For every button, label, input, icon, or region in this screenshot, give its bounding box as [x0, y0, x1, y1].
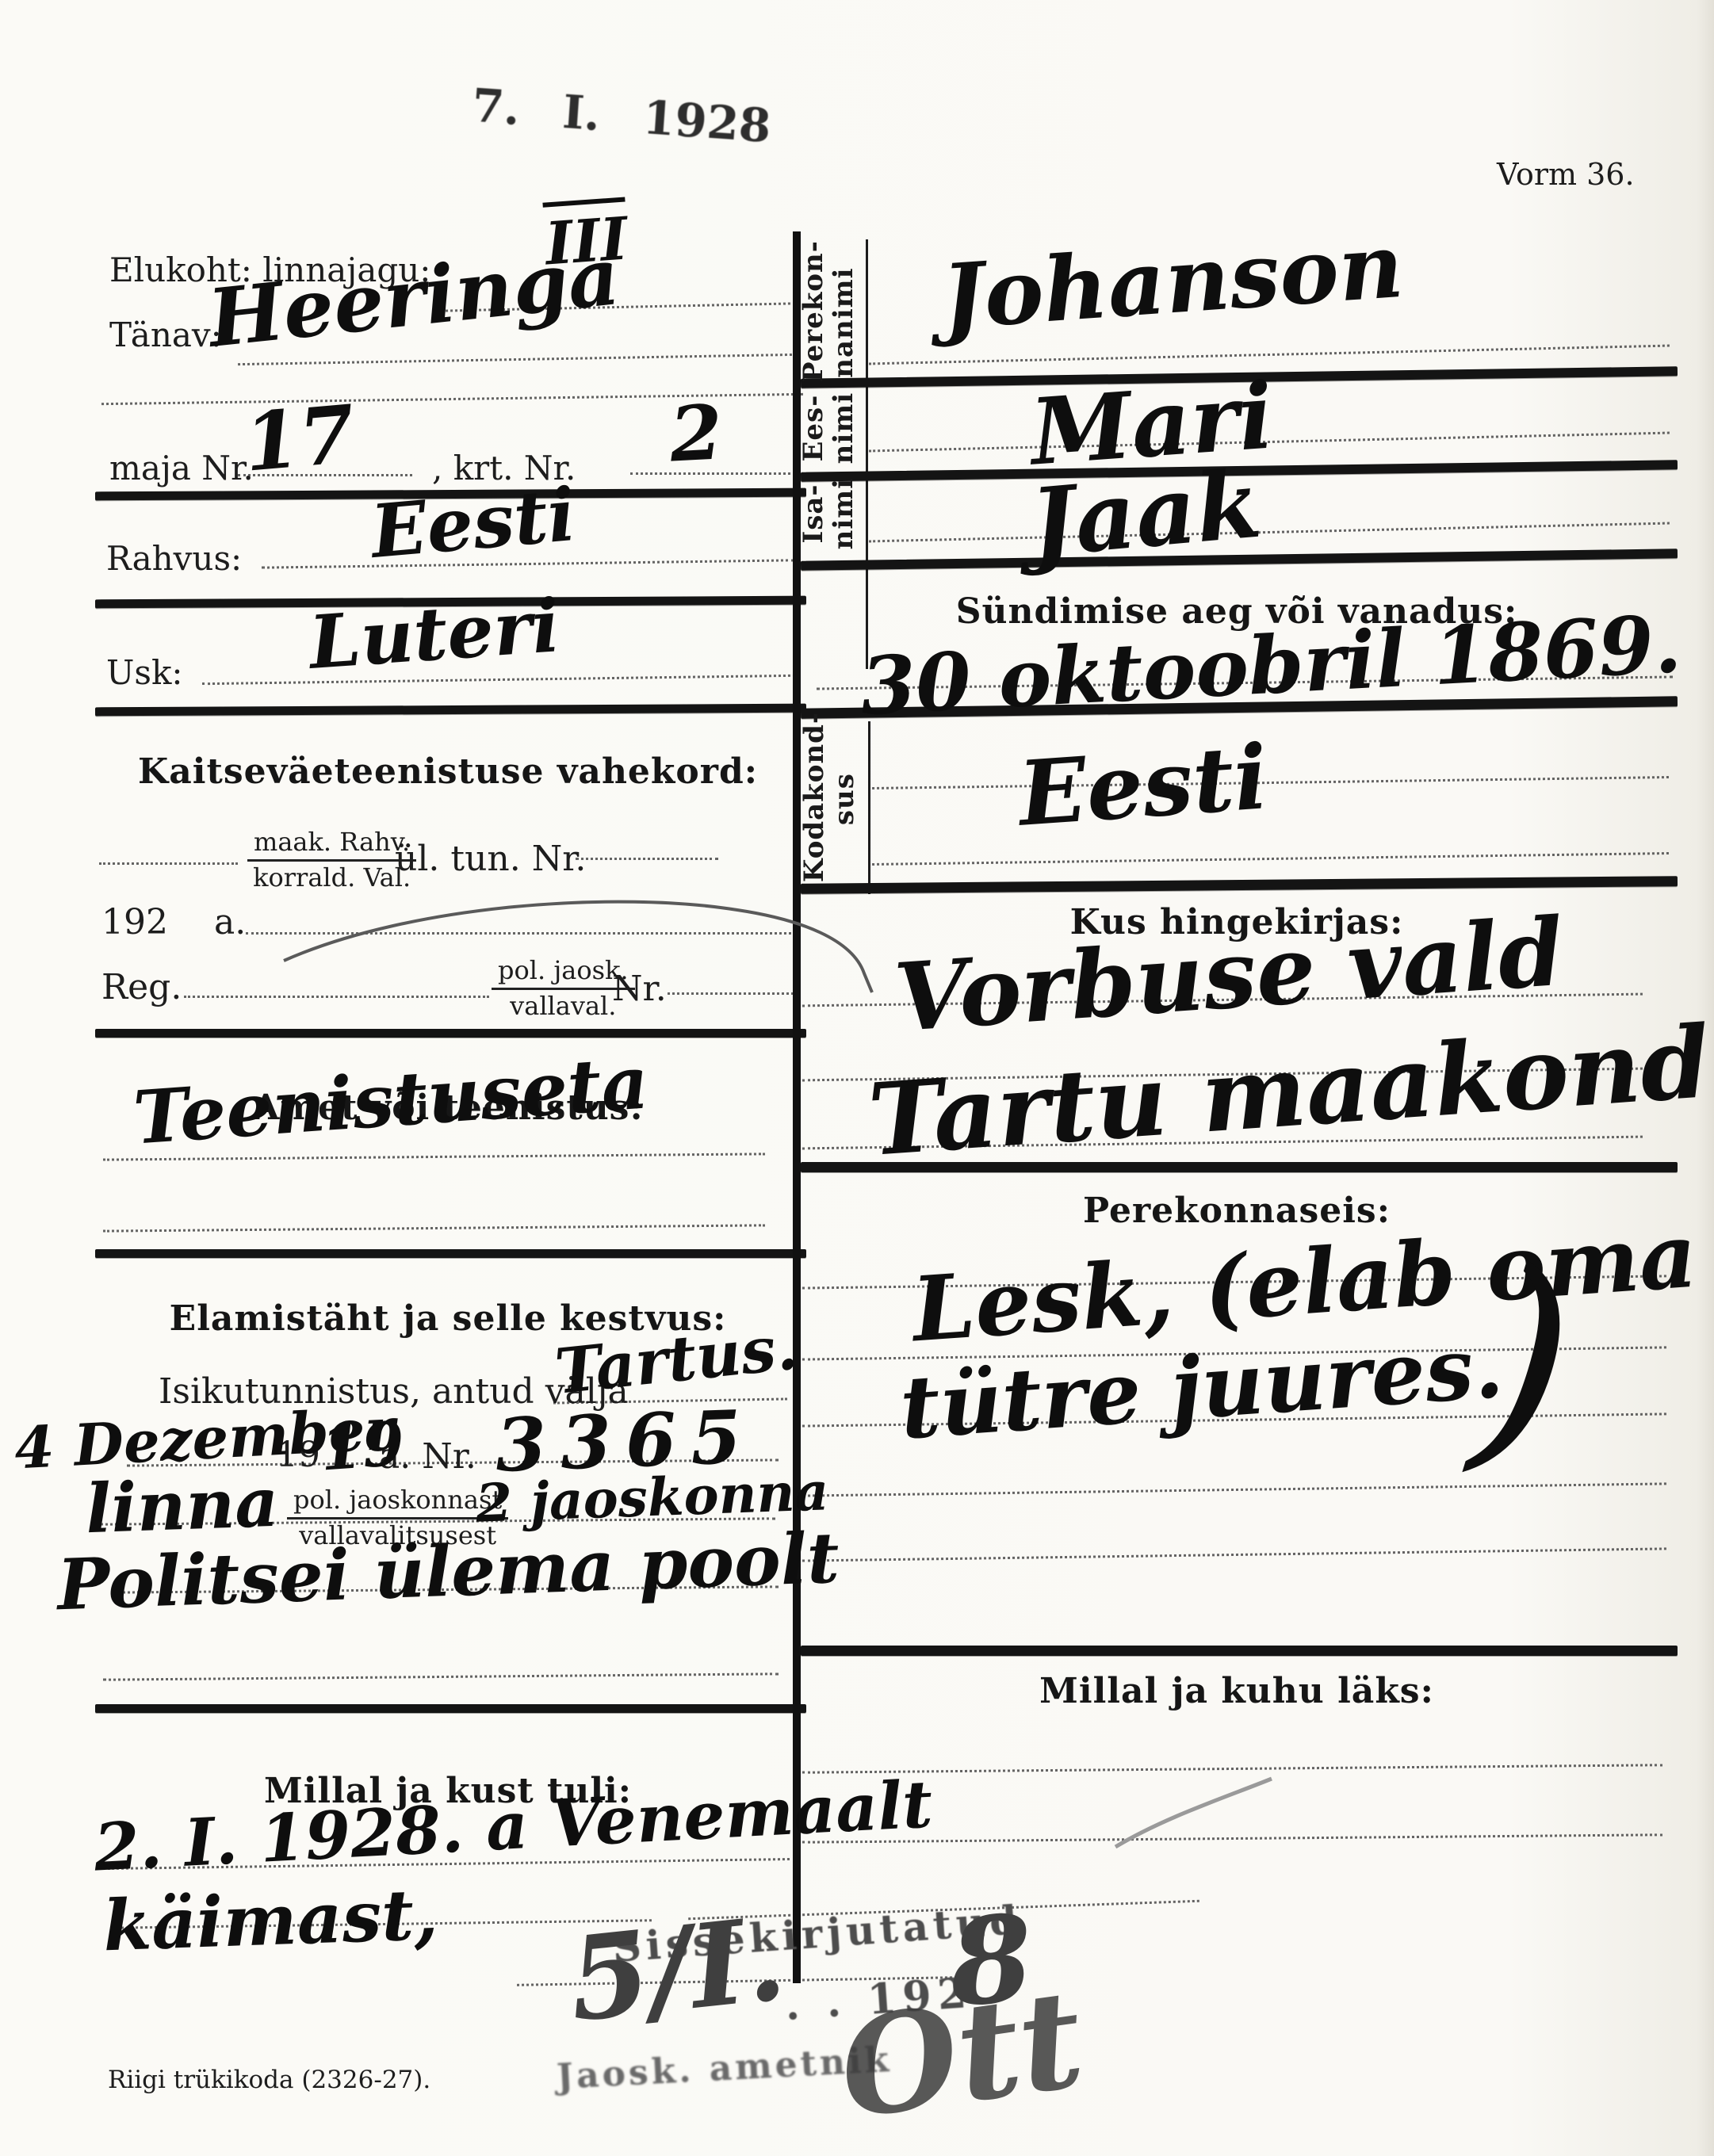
dotted-rule [202, 675, 795, 685]
dotted-rule [103, 1224, 765, 1232]
street-label: Tänav: [109, 315, 222, 354]
dotted-rule [668, 992, 798, 995]
departure-header: Millal ja kuhu läks: [801, 1671, 1673, 1711]
nationality-label: Rahvus: [106, 539, 242, 578]
apartment-value: 2 [668, 388, 725, 479]
dotted-rule [99, 862, 238, 865]
military-year-row: 192a. [101, 902, 246, 942]
rule-bar [801, 876, 1678, 894]
surname-label: Perekon-nanimi [798, 263, 859, 382]
arrival-line2: käimast, [101, 1873, 439, 1967]
nationality-value: Eesti [368, 472, 579, 575]
reg-nr-label: Nr. [612, 969, 667, 1009]
label-separator-line [868, 721, 870, 894]
dotted-rule [872, 776, 1669, 789]
fraction-bottom: korrald. Val. [247, 862, 416, 893]
year-suffix: a. [214, 902, 246, 942]
dotted-rule [802, 1764, 1662, 1773]
fraction-top: maak. Rahv. [247, 828, 416, 862]
dotted-rule [802, 1547, 1666, 1562]
printer-note: Riigi trükikoda (2326-27). [108, 2066, 430, 2094]
house-label: maja Nr. [109, 449, 254, 487]
dotted-rule [103, 1672, 779, 1680]
year-prefix: 192 [101, 902, 168, 942]
religion-value: Luteri [307, 583, 563, 686]
dotted-rule [576, 858, 718, 860]
occupation-value: Teenistuseta [131, 1039, 651, 1160]
date-stamp: 7. I. 1928 [470, 78, 773, 153]
father-name-label: Isa-nimi [798, 474, 859, 553]
registration-card: 7. I. 1928 Vorm 36. Elukoht: linnajagu: … [0, 0, 1714, 2156]
dotted-rule [184, 996, 489, 998]
rule-bar [95, 1704, 806, 1713]
rule-bar [95, 1029, 806, 1038]
military-after-label: ül. tun. Nr. [395, 839, 586, 879]
citizenship-label: Kodakond-sus [799, 716, 859, 882]
rule-bar [95, 1249, 806, 1258]
dotted-rule [246, 932, 801, 935]
dotted-rule [869, 522, 1670, 543]
dotted-rule [238, 354, 797, 365]
citizenship-value: Eesti [1016, 725, 1271, 847]
rule-bar [801, 1646, 1678, 1656]
first-name-label: Ees-nimi [798, 388, 859, 468]
id-year-hand: 19 [318, 1408, 407, 1484]
dotted-rule [872, 852, 1669, 866]
official-signature: Ott [831, 1959, 1092, 2150]
house-value: 17 [240, 387, 358, 490]
surname-value: Johanson [939, 214, 1406, 350]
street-value: Heeringa [204, 229, 623, 365]
military-fraction: maak. Rahv. korrald. Val. [247, 828, 416, 893]
religion-label: Usk: [106, 653, 183, 692]
reg-label: Reg. [101, 967, 182, 1007]
military-section-header: Kaitseväeteenistuse vahekord: [95, 751, 801, 792]
registration-day-month-hand: 5/I. [563, 1891, 791, 2048]
rule-bar [95, 704, 806, 717]
form-number: Vorm 36. [1497, 157, 1635, 192]
father-name-value: Jaak [1026, 449, 1265, 579]
